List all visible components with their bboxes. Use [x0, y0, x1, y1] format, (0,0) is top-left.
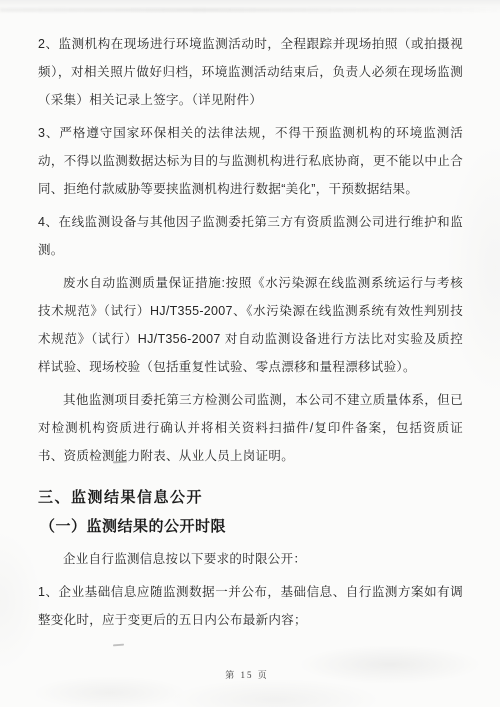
paragraph-disclosure-intro: 企业自行监测信息按以下要求的时限公开：	[38, 545, 463, 573]
page-number: 第 15 页	[225, 670, 269, 680]
paragraph-wastewater-qa: 废水自动监测质量保证措施:按照《水污染源在线监测系统运行与考核技术规范》（试行）…	[38, 269, 463, 381]
paragraph-other-monitoring: 其他监测项目委托第三方检测公司监测，本公司不建立质量体系，但已对检测机构资质进行…	[38, 386, 463, 470]
paragraph-item-4: 4、在线监测设备与其他因子监测委托第三方有资质监测公司进行维护和监测。	[38, 208, 463, 264]
paragraph-item-3: 3、严格遵守国家环保相关的法律法规，不得干预监测机构的环境监测活动，不得以监测数…	[38, 119, 463, 203]
paragraph-item-2: 2、监测机构在现场进行环境监测活动时，全程跟踪并现场拍照（或拍摄视频），对相关照…	[38, 30, 463, 114]
subsection-heading: （一）监测结果的公开时限	[40, 517, 463, 537]
paragraph-disclosure-item-1: 1、企业基础信息应随监测数据一并公布，基础信息、自行监测方案如有调整变化时，应于…	[38, 578, 463, 634]
document-content: 2、监测机构在现场进行环境监测活动时，全程跟踪并现场拍照（或拍摄视频），对相关照…	[38, 30, 463, 639]
page-footer: 第 15 页	[0, 668, 494, 681]
pen-dash-artifact	[113, 644, 124, 647]
section-heading: 三、监测结果信息公开	[38, 488, 463, 508]
scanned-document-page: 2、监测机构在现场进行环境监测活动时，全程跟踪并现场拍照（或拍摄视频），对相关照…	[0, 0, 500, 707]
scan-smudge-artifact	[0, 8, 500, 12]
